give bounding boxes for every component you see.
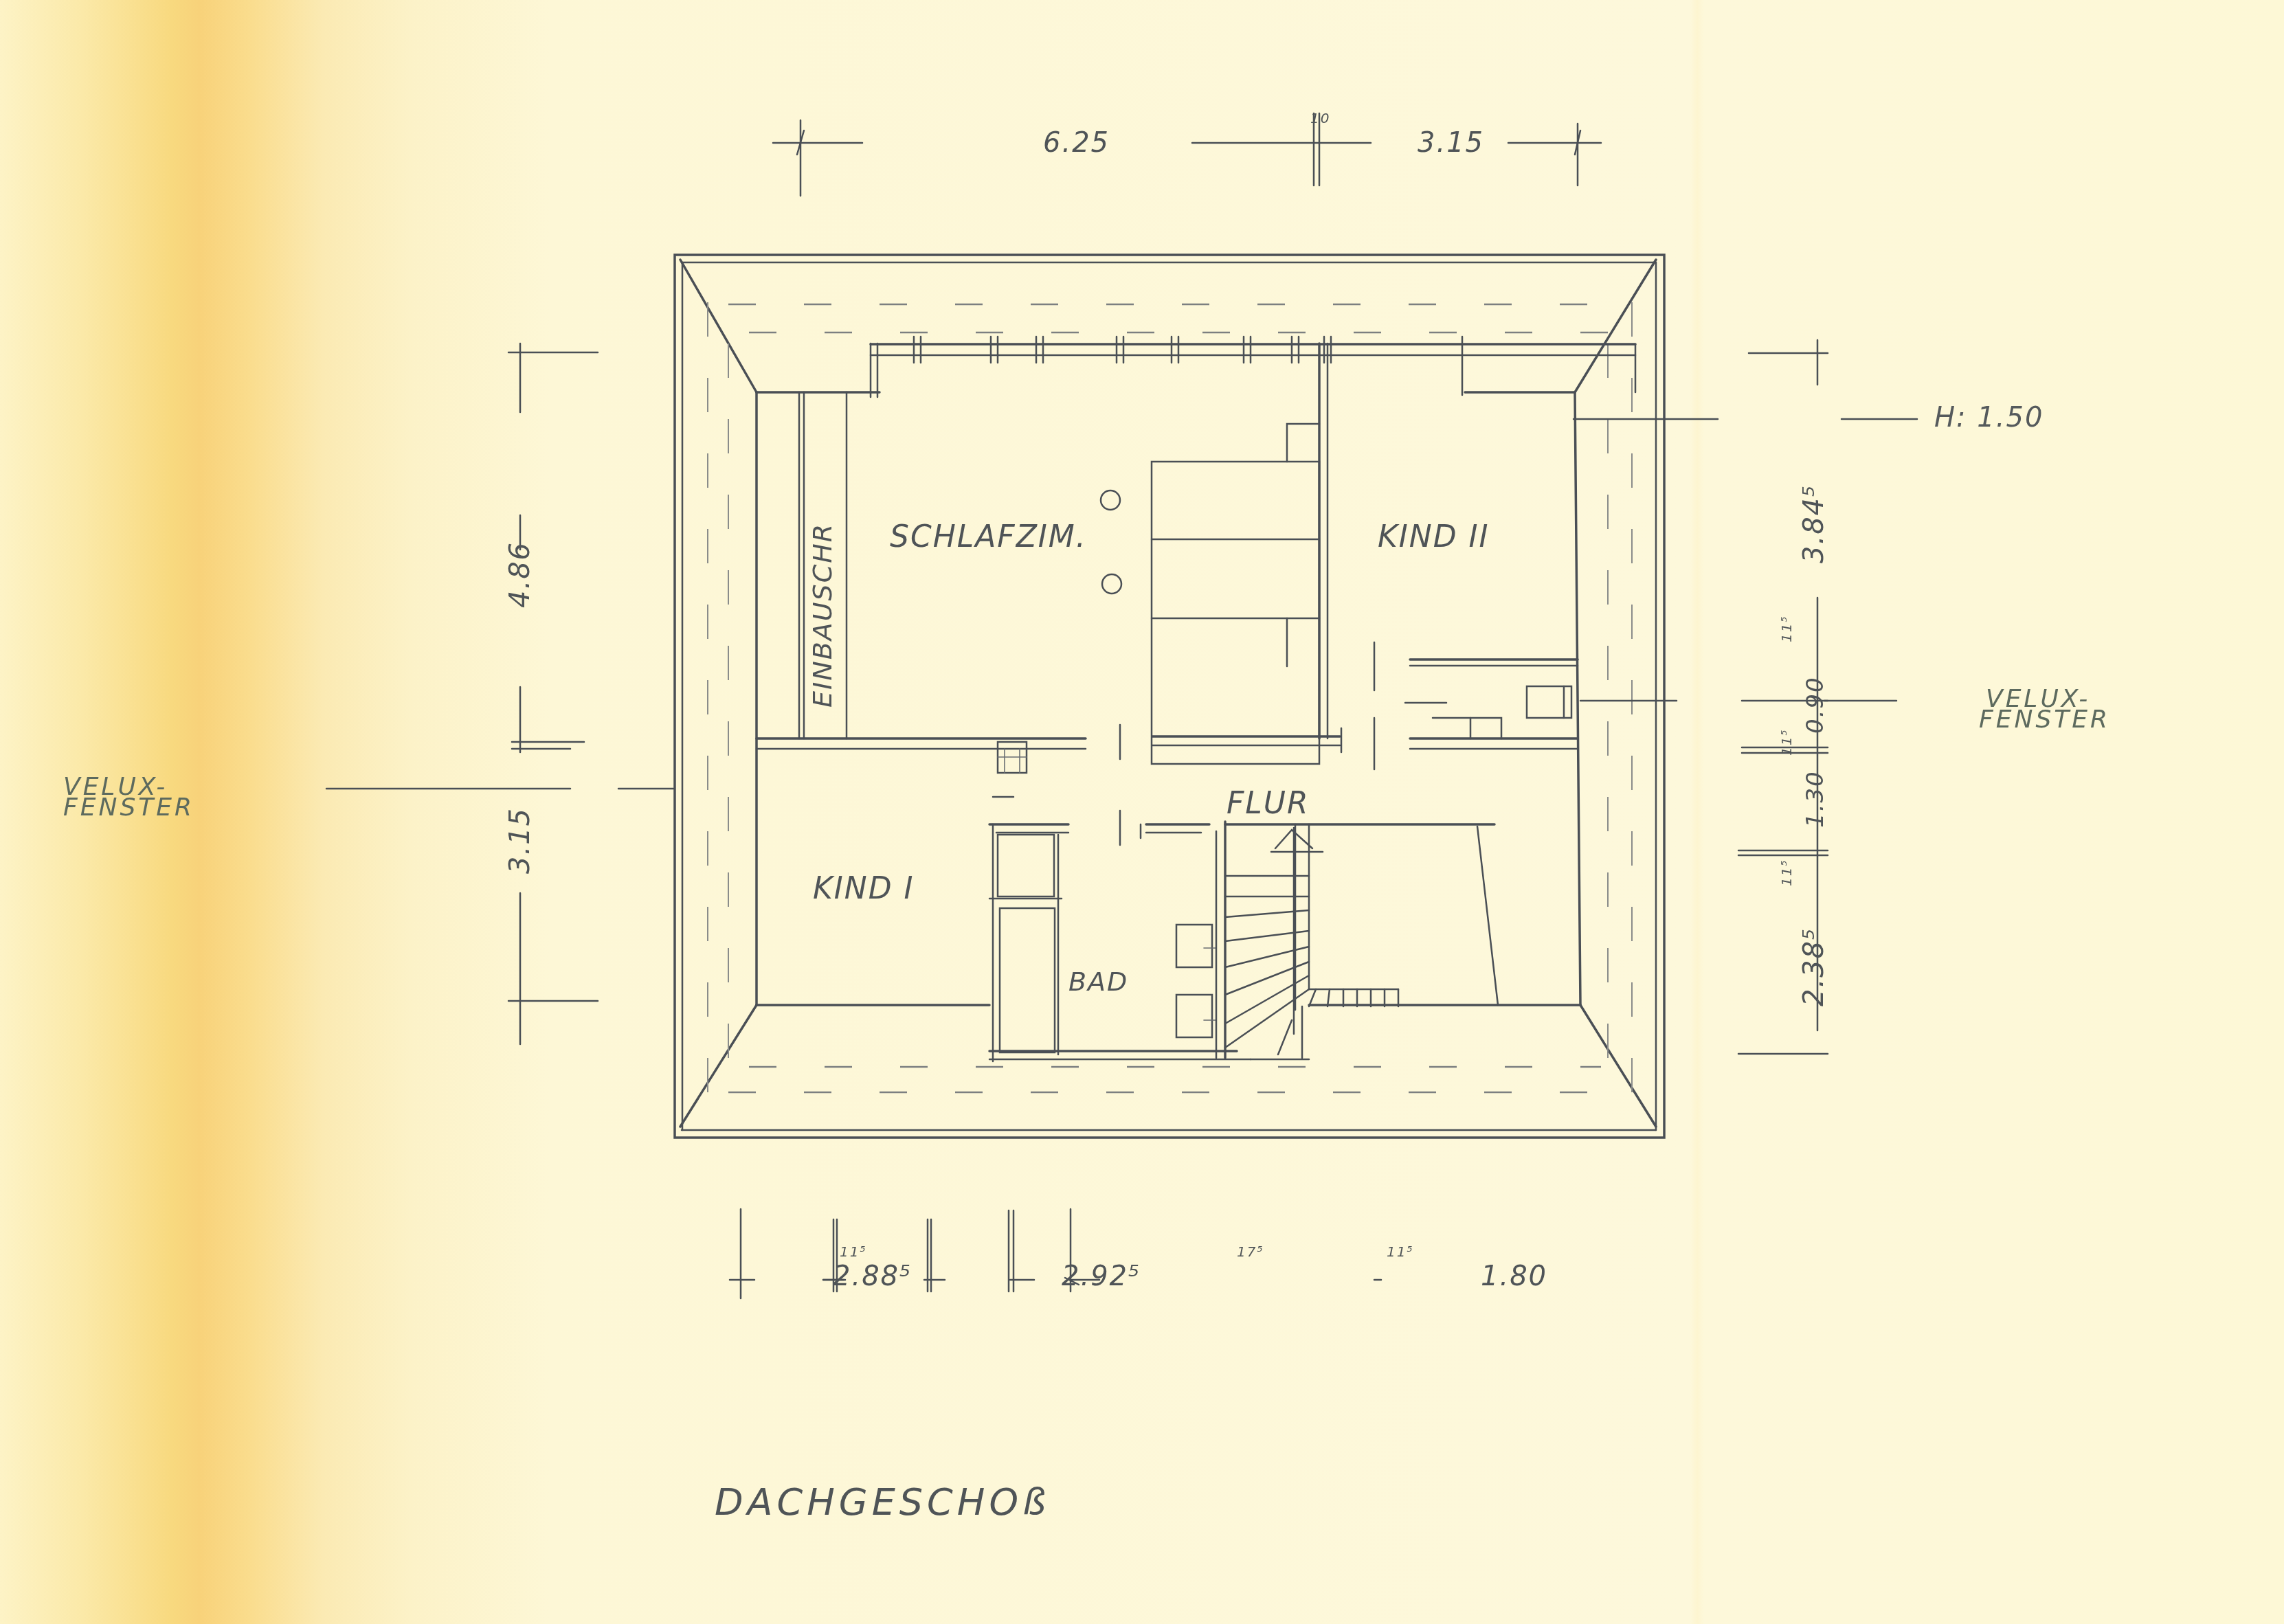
floor-plan-sheet: SCHLAFZIM. KIND II KIND I FLUR BAD EINBA… (0, 0, 2284, 1624)
note-height: H: 1.50 (1934, 404, 2044, 431)
room-label-einbauschrank: EINBAUSCHR (809, 523, 836, 708)
dim-right-7: 2.38⁵ (1800, 927, 1828, 1006)
floor-plan-drawing (0, 0, 2284, 1624)
dim-left-2: 3.15 (506, 807, 534, 874)
dim-bottom-4: 17⁵ (1237, 1245, 1264, 1259)
dimension-lines (326, 113, 1917, 1298)
room-label-schlafzimmer: SCHLAFZIM. (890, 522, 1087, 552)
dim-top-3: 3.15 (1418, 129, 1484, 157)
room-label-kind-2: KIND II (1378, 522, 1490, 552)
dim-top-2: 10 (1310, 111, 1330, 125)
dim-right-4: 11⁵ (1780, 729, 1793, 756)
room-label-bad: BAD (1068, 969, 1128, 995)
dim-right-5: 1.30 (1804, 770, 1827, 828)
dim-bottom-1: 2.88⁵ (833, 1263, 912, 1290)
dim-right-2: 11⁵ (1780, 616, 1793, 642)
dim-right-3: 0.90 (1804, 676, 1827, 734)
dim-bottom-3: 2.92⁵ (1062, 1263, 1141, 1290)
room-label-flur: FLUR (1227, 789, 1310, 819)
dim-right-6: 11⁵ (1780, 859, 1793, 886)
drawing-title: DACHGESCHOß (715, 1484, 1050, 1521)
dim-bottom-5: 11⁵ (1387, 1245, 1413, 1259)
dim-right-1: 3.84⁵ (1800, 484, 1828, 563)
note-velux-left-2: FENSTER (63, 796, 194, 820)
note-velux-right-2: FENSTER (1979, 708, 2110, 732)
dim-top-1: 6.25 (1043, 129, 1110, 157)
dim-left-1: 4.86 (506, 541, 534, 608)
dim-bottom-6: 1.80 (1481, 1263, 1547, 1290)
room-label-kind-1: KIND I (813, 874, 915, 904)
dim-bottom-2: 11⁵ (840, 1245, 866, 1259)
walls (757, 337, 1718, 1061)
